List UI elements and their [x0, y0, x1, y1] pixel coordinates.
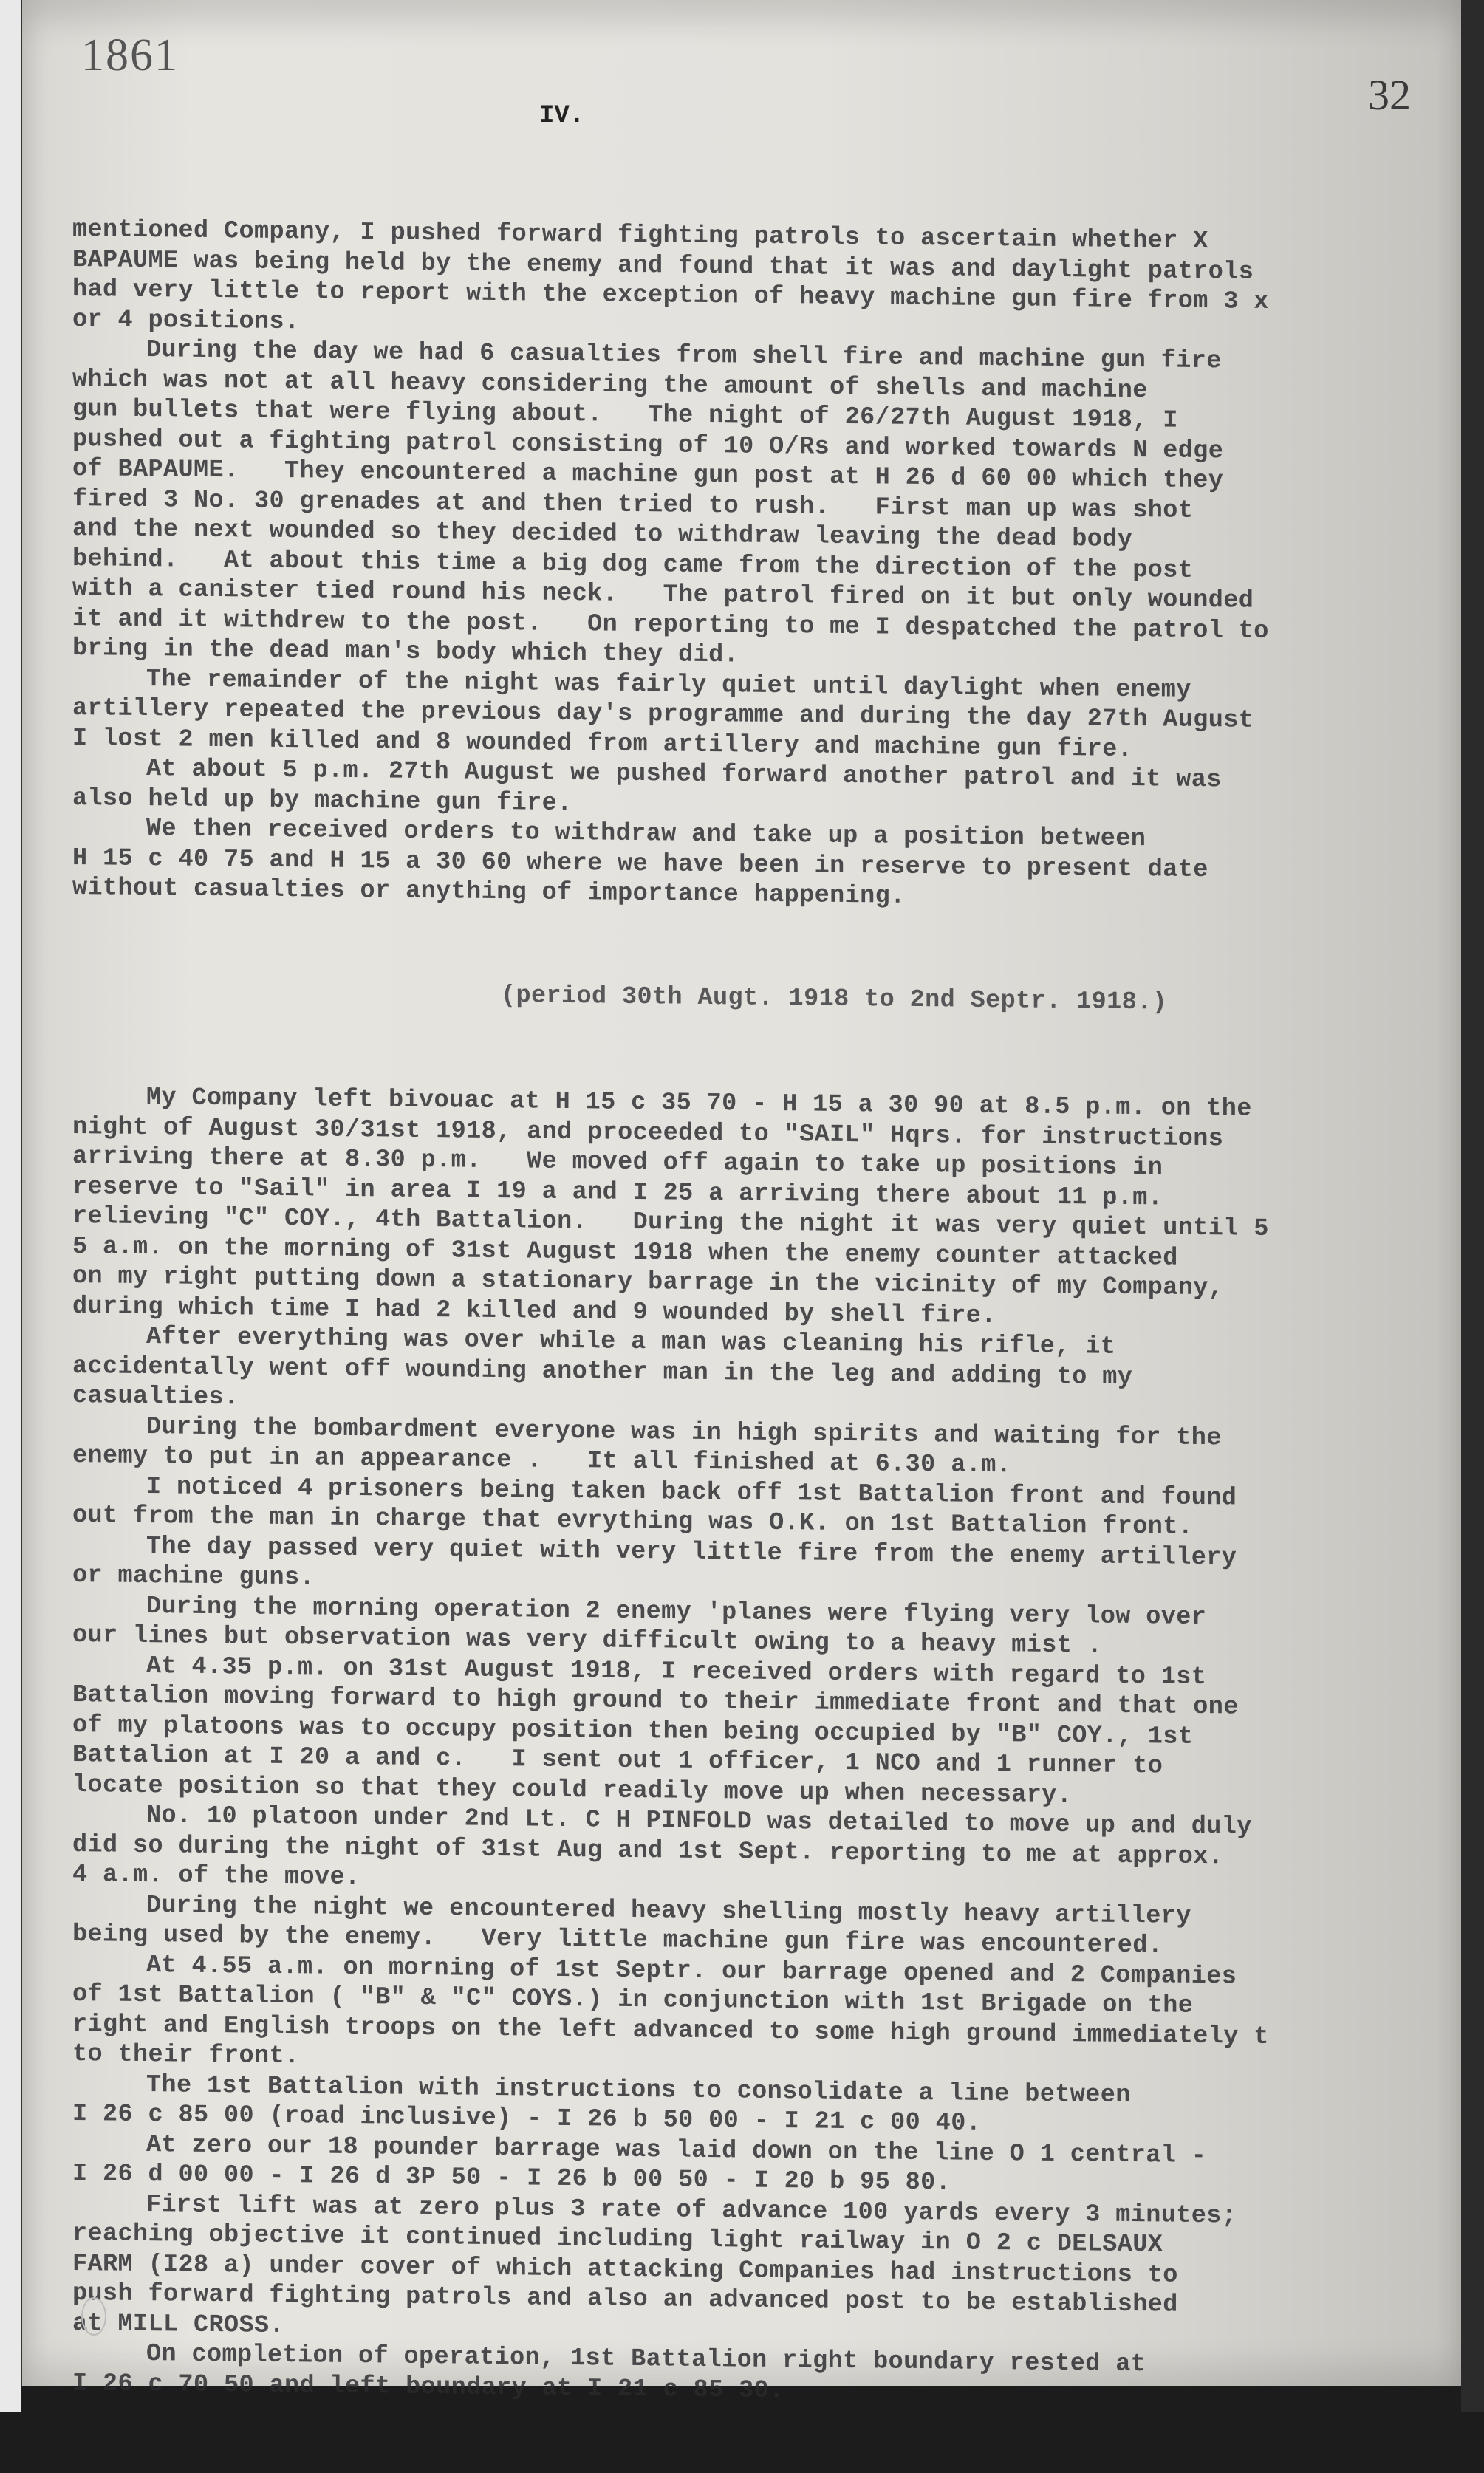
punch-hole [81, 2297, 106, 2336]
period-heading: (period 30th Augt. 1918 to 2nd Septr. 19… [72, 976, 1461, 1021]
section-label: IV. [539, 102, 584, 130]
right-dark-edge [1461, 0, 1484, 2412]
typewritten-page: 1861 32 IV. mentioned Company, I pushed … [21, 0, 1463, 2386]
folio-number: 1861 [81, 30, 179, 82]
document-body: mentioned Company, I pushed forward figh… [72, 155, 1461, 2412]
left-margin-strip [0, 0, 21, 2412]
paragraphs-part2: My Company left bivouac at H 15 c 35 70 … [72, 1082, 1461, 2412]
page-number: 32 [1368, 70, 1411, 120]
paragraphs-part1: mentioned Company, I pushed forward figh… [72, 215, 1461, 917]
